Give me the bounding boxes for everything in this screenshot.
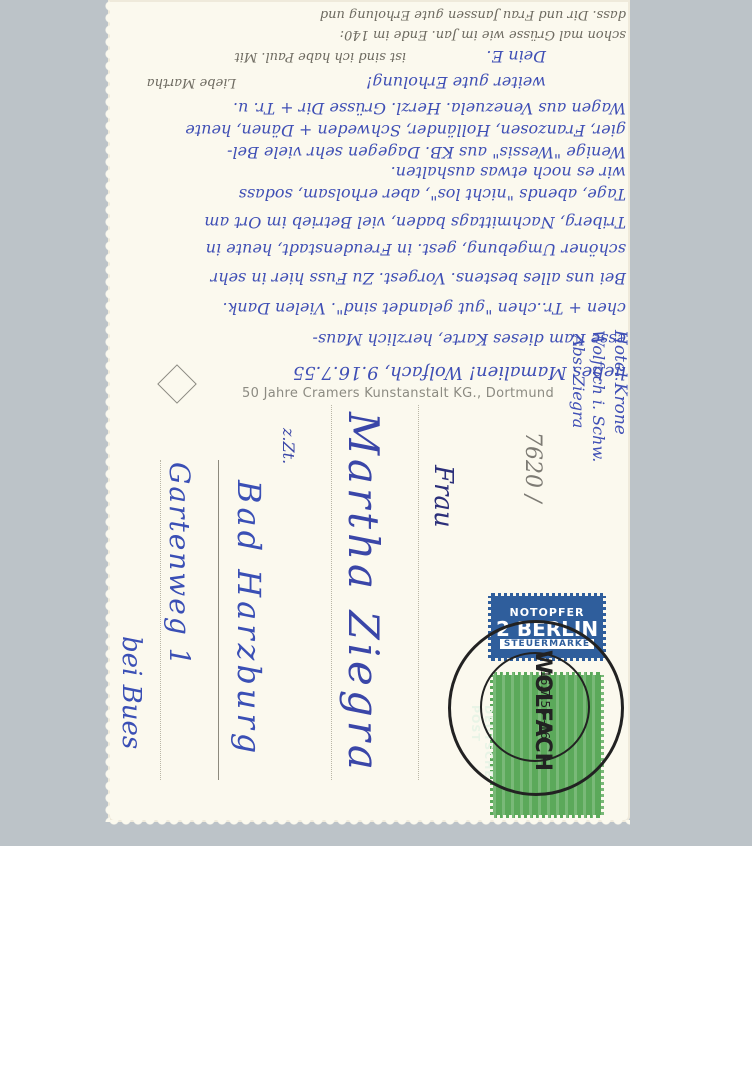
sender-line: Abs. Ziegra [569,335,588,428]
message-line: Wagen aus Venezuela. Herzl. Grüsse Dir +… [112,98,626,118]
recipient-salutation: Frau [428,465,458,528]
recipient-host: bei Bues [116,636,146,749]
pencil-note-line: ist sind ich habe Paul. Mit [106,46,406,66]
address-line [218,460,219,780]
message-line: esse Kam dieses Karte, herzlich Maus- [112,329,626,349]
recipient-street: Gartenweg 1 [163,462,196,667]
publisher-caption: 50 Jahre Cramers Kunstanstalt KG., Dortm… [242,386,554,401]
message-line: Bei uns alles bestens. Vorgest. Zu Fuss … [112,268,626,288]
message-line: Wenige "Wessis" aus KB. Dagegen sehr vie… [112,142,626,162]
address-line [418,405,419,780]
recipient-care-of: z.Zt. [279,428,298,464]
pencil-note-line: schon mal Grüsse wie im Jan. Ende im 140… [112,24,626,44]
address-line [331,405,332,780]
sender-line: Hotel Krone [610,330,630,435]
pencil-note-line: dass. Dir und Frau Janssen gute Erholung… [112,4,626,24]
sender-line: Wolfach i. Schw. [589,330,608,462]
message-line: weiter gute Erholung! [246,72,546,92]
message-line: gier, Franzosen, Holländer, Schweden + D… [112,120,626,140]
recipient-name: Martha Ziegra [339,412,388,774]
message-line: Tage, abends "nicht los", aber erholsam,… [112,184,626,204]
message-block: liebes Mamalien! Wolfach, 9.16.7.55 esse… [112,2,626,397]
postal-code-note: 7620 / [520,432,545,502]
postmark-date: 16.7.55 -16 [538,670,552,739]
message-line: Triberg, Nachmittags baden, viel Betrieb… [112,212,626,232]
message-line: wir es noch etwas aushalten. [112,162,626,182]
recipient-city: Bad Harzburg [230,480,268,757]
message-line: chen + Tr..chen "gut gelandet sind". Vie… [112,298,626,318]
message-line: schöner Umgebung, gest. in Freudenstadt,… [112,239,626,259]
pencil-note-line: Liebe Martha [116,72,236,92]
address-line [160,460,161,780]
